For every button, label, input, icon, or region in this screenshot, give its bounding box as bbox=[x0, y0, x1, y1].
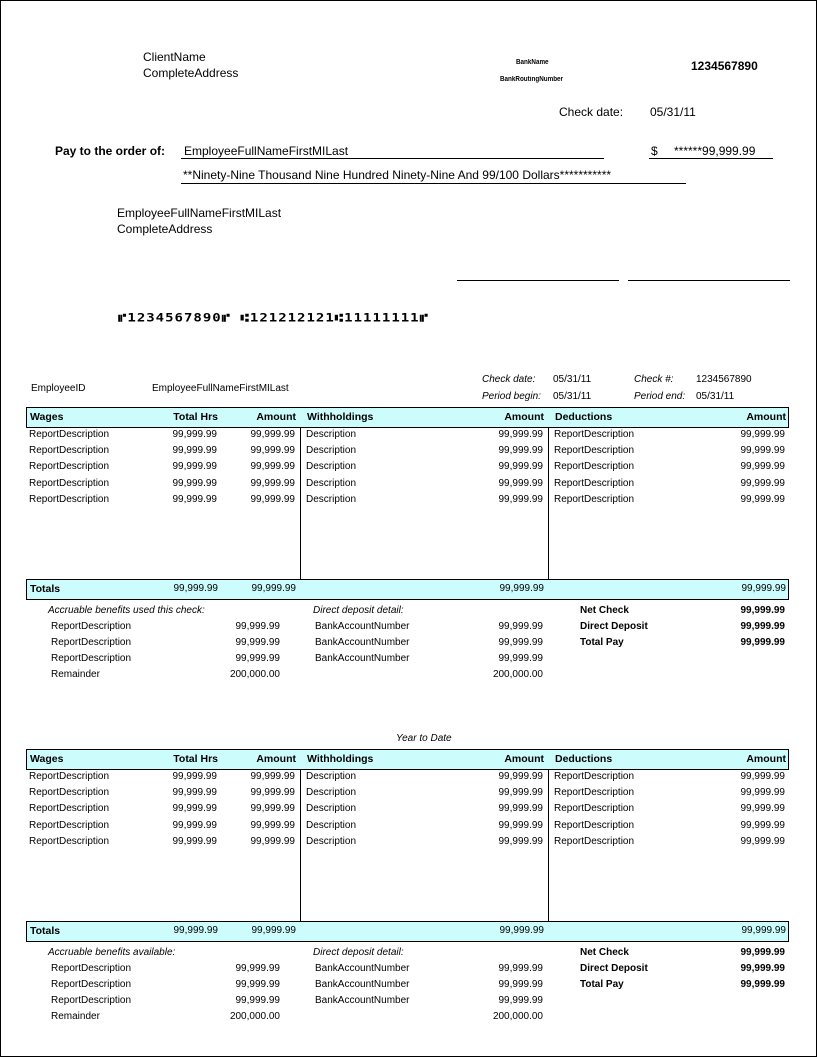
totals-row: Totals99,999.9999,999.9999,999.9999,999.… bbox=[26, 921, 789, 942]
withholding-amount: 99,999.99 bbox=[446, 771, 543, 783]
column-divider bbox=[548, 770, 549, 921]
period-begin-label: Period begin: bbox=[482, 391, 541, 402]
withholding-description: Description bbox=[306, 787, 356, 799]
deduction-amount: 99,999.99 bbox=[686, 836, 785, 848]
ytd-earnings-table: WagesTotal HrsAmountWithholdingsAmountDe… bbox=[26, 749, 789, 1049]
withholding-description: Description bbox=[306, 803, 356, 815]
summary-label: Direct Deposit bbox=[580, 621, 648, 633]
withholding-amount: 99,999.99 bbox=[446, 478, 543, 490]
benefit-description: ReportDescription bbox=[51, 653, 131, 665]
wage-amount: 99,999.99 bbox=[226, 445, 295, 457]
wage-hours: 99,999.99 bbox=[154, 445, 217, 457]
stub-check-date: 05/31/11 bbox=[553, 374, 591, 385]
deduction-description: ReportDescription bbox=[554, 820, 634, 832]
totals-hours: 99,999.99 bbox=[155, 925, 218, 937]
wage-hours: 99,999.99 bbox=[154, 787, 217, 799]
summary-label: Direct Deposit bbox=[580, 963, 648, 975]
total-hrs-header: Total Hrs bbox=[155, 408, 218, 427]
totals-wages: 99,999.99 bbox=[227, 925, 296, 937]
deduction-description: ReportDescription bbox=[554, 836, 634, 848]
pay-to-label: Pay to the order of: bbox=[55, 144, 165, 158]
wage-amount: 99,999.99 bbox=[226, 461, 295, 473]
wage-amount: 99,999.99 bbox=[226, 478, 295, 490]
wage-description: ReportDescription bbox=[29, 445, 109, 457]
withholding-description: Description bbox=[306, 461, 356, 473]
employee-id: EmployeeID bbox=[31, 383, 85, 394]
benefit-amount: 200,000.00 bbox=[196, 1011, 280, 1023]
withholding-description: Description bbox=[306, 429, 356, 441]
deposit-account: BankAccountNumber bbox=[315, 621, 410, 633]
wage-hours: 99,999.99 bbox=[154, 429, 217, 441]
wage-description: ReportDescription bbox=[29, 803, 109, 815]
totals-withholdings: 99,999.99 bbox=[447, 583, 544, 595]
employee-address: CompleteAddress bbox=[117, 222, 212, 236]
withholding-amount: 99,999.99 bbox=[446, 803, 543, 815]
wage-amount: 99,999.99 bbox=[226, 494, 295, 506]
deductions-amount-header: Amount bbox=[687, 750, 786, 769]
benefit-description: ReportDescription bbox=[51, 995, 131, 1007]
signature-line-1 bbox=[457, 280, 619, 281]
table-header: WagesTotal HrsAmountWithholdingsAmountDe… bbox=[26, 749, 789, 770]
wage-hours: 99,999.99 bbox=[154, 836, 217, 848]
bank-routing-number: BankRoutingNumber bbox=[500, 76, 563, 83]
withholding-description: Description bbox=[306, 478, 356, 490]
wage-hours: 99,999.99 bbox=[154, 461, 217, 473]
benefits-label: Accruable benefits used this check: bbox=[48, 605, 205, 617]
withholding-amount: 99,999.99 bbox=[446, 494, 543, 506]
amount-line bbox=[649, 158, 773, 159]
summary-amount: 99,999.99 bbox=[686, 963, 785, 975]
deposit-amount: 200,000.00 bbox=[456, 1011, 543, 1023]
summary-amount: 99,999.99 bbox=[686, 947, 785, 959]
period-end-label: Period end: bbox=[634, 391, 685, 402]
currency-symbol: $ bbox=[651, 144, 658, 158]
employee-name: EmployeeFullNameFirstMILast bbox=[117, 206, 281, 220]
deposit-account: BankAccountNumber bbox=[315, 979, 410, 991]
deduction-amount: 99,999.99 bbox=[686, 461, 785, 473]
deduction-description: ReportDescription bbox=[554, 478, 634, 490]
wage-hours: 99,999.99 bbox=[154, 494, 217, 506]
summary-label: Total Pay bbox=[580, 979, 624, 991]
withholding-amount: 99,999.99 bbox=[446, 836, 543, 848]
deduction-amount: 99,999.99 bbox=[686, 771, 785, 783]
wage-hours: 99,999.99 bbox=[154, 803, 217, 815]
client-address: CompleteAddress bbox=[143, 66, 238, 80]
withholding-description: Description bbox=[306, 494, 356, 506]
payee-name: EmployeeFullNameFirstMILast bbox=[184, 144, 348, 158]
deposit-amount: 99,999.99 bbox=[456, 995, 543, 1007]
deposit-amount: 99,999.99 bbox=[456, 637, 543, 649]
signature-line-2 bbox=[628, 280, 790, 281]
table-header: WagesTotal HrsAmountWithholdingsAmountDe… bbox=[26, 407, 789, 428]
column-divider bbox=[300, 770, 301, 921]
wages-header: Wages bbox=[30, 408, 63, 427]
deduction-amount: 99,999.99 bbox=[686, 429, 785, 441]
benefit-description: ReportDescription bbox=[51, 621, 131, 633]
totals-deductions: 99,999.99 bbox=[687, 925, 786, 937]
direct-deposit-label: Direct deposit detail: bbox=[313, 947, 404, 959]
totals-withholdings: 99,999.99 bbox=[447, 925, 544, 937]
withholding-amount: 99,999.99 bbox=[446, 787, 543, 799]
summary-label: Net Check bbox=[580, 947, 629, 959]
check-number: 1234567890 bbox=[691, 59, 758, 73]
benefit-amount: 99,999.99 bbox=[196, 653, 280, 665]
deduction-description: ReportDescription bbox=[554, 429, 634, 441]
column-divider bbox=[300, 428, 301, 579]
wage-description: ReportDescription bbox=[29, 478, 109, 490]
benefit-description: Remainder bbox=[51, 669, 100, 681]
benefit-description: ReportDescription bbox=[51, 963, 131, 975]
wage-description: ReportDescription bbox=[29, 461, 109, 473]
deduction-description: ReportDescription bbox=[554, 803, 634, 815]
wage-amount: 99,999.99 bbox=[226, 803, 295, 815]
withholding-amount: 99,999.99 bbox=[446, 445, 543, 457]
deduction-amount: 99,999.99 bbox=[686, 787, 785, 799]
deductions-header: Deductions bbox=[555, 408, 612, 427]
deposit-amount: 99,999.99 bbox=[456, 621, 543, 633]
deduction-amount: 99,999.99 bbox=[686, 803, 785, 815]
totals-label: Totals bbox=[30, 922, 60, 941]
amount-header: Amount bbox=[227, 750, 296, 769]
wage-description: ReportDescription bbox=[29, 836, 109, 848]
deduction-description: ReportDescription bbox=[554, 445, 634, 457]
stub-employee-name: EmployeeFullNameFirstMILast bbox=[152, 383, 289, 394]
stub-check-no-label: Check #: bbox=[634, 374, 673, 385]
deposit-amount: 99,999.99 bbox=[456, 653, 543, 665]
deduction-description: ReportDescription bbox=[554, 787, 634, 799]
deduction-description: ReportDescription bbox=[554, 494, 634, 506]
wage-hours: 99,999.99 bbox=[154, 478, 217, 490]
check-date-label: Check date: bbox=[559, 105, 623, 119]
period-begin: 05/31/11 bbox=[553, 391, 591, 402]
withholdings-header: Withholdings bbox=[307, 750, 373, 769]
current-earnings-table: WagesTotal HrsAmountWithholdingsAmountDe… bbox=[26, 407, 789, 747]
deductions-header: Deductions bbox=[555, 750, 612, 769]
deduction-amount: 99,999.99 bbox=[686, 820, 785, 832]
totals-wages: 99,999.99 bbox=[227, 583, 296, 595]
wage-description: ReportDescription bbox=[29, 429, 109, 441]
benefit-description: ReportDescription bbox=[51, 637, 131, 649]
totals-hours: 99,999.99 bbox=[155, 583, 218, 595]
total-hrs-header: Total Hrs bbox=[155, 750, 218, 769]
deduction-description: ReportDescription bbox=[554, 461, 634, 473]
wage-hours: 99,999.99 bbox=[154, 771, 217, 783]
withholding-amount: 99,999.99 bbox=[446, 820, 543, 832]
deduction-amount: 99,999.99 bbox=[686, 478, 785, 490]
withholdings-amount-header: Amount bbox=[447, 750, 544, 769]
wage-description: ReportDescription bbox=[29, 771, 109, 783]
wage-amount: 99,999.99 bbox=[226, 836, 295, 848]
deduction-description: ReportDescription bbox=[554, 771, 634, 783]
amount-header: Amount bbox=[227, 408, 296, 427]
benefit-amount: 99,999.99 bbox=[196, 621, 280, 633]
benefit-amount: 99,999.99 bbox=[196, 979, 280, 991]
summary-amount: 99,999.99 bbox=[686, 637, 785, 649]
withholding-description: Description bbox=[306, 771, 356, 783]
withholdings-amount-header: Amount bbox=[447, 408, 544, 427]
column-divider bbox=[548, 428, 549, 579]
wage-amount: 99,999.99 bbox=[226, 820, 295, 832]
benefit-amount: 200,000.00 bbox=[196, 669, 280, 681]
direct-deposit-label: Direct deposit detail: bbox=[313, 605, 404, 617]
withholding-description: Description bbox=[306, 836, 356, 848]
payee-line bbox=[181, 158, 604, 159]
wage-description: ReportDescription bbox=[29, 494, 109, 506]
withholding-description: Description bbox=[306, 820, 356, 832]
deposit-amount: 99,999.99 bbox=[456, 963, 543, 975]
ytd-title: Year to Date bbox=[396, 733, 452, 744]
check-amount: ******99,999.99 bbox=[674, 144, 755, 158]
summary-amount: 99,999.99 bbox=[686, 979, 785, 991]
summary-label: Total Pay bbox=[580, 637, 624, 649]
stub-check-date-label: Check date: bbox=[482, 374, 535, 385]
wage-description: ReportDescription bbox=[29, 787, 109, 799]
deposit-amount: 99,999.99 bbox=[456, 979, 543, 991]
deposit-account: BankAccountNumber bbox=[315, 963, 410, 975]
benefits-label: Accruable benefits available: bbox=[48, 947, 175, 959]
period-end: 05/31/11 bbox=[696, 391, 734, 402]
amount-in-words: **Ninety-Nine Thousand Nine Hundred Nine… bbox=[183, 168, 611, 182]
totals-deductions: 99,999.99 bbox=[687, 583, 786, 595]
benefit-amount: 99,999.99 bbox=[196, 637, 280, 649]
benefit-description: ReportDescription bbox=[51, 979, 131, 991]
deposit-amount: 200,000.00 bbox=[456, 669, 543, 681]
client-name: ClientName bbox=[143, 50, 206, 64]
wage-amount: 99,999.99 bbox=[226, 771, 295, 783]
stub-check-no: 1234567890 bbox=[696, 374, 752, 385]
benefit-description: Remainder bbox=[51, 1011, 100, 1023]
deposit-account: BankAccountNumber bbox=[315, 995, 410, 1007]
totals-row: Totals99,999.9999,999.9999,999.9999,999.… bbox=[26, 579, 789, 600]
deduction-amount: 99,999.99 bbox=[686, 445, 785, 457]
micr-line: ⑈1234567890⑈ ⑆121212121⑆11111111⑈ bbox=[118, 312, 429, 325]
totals-label: Totals bbox=[30, 580, 60, 599]
bank-name: BankName bbox=[516, 59, 549, 66]
summary-amount: 99,999.99 bbox=[686, 605, 785, 617]
benefit-amount: 99,999.99 bbox=[196, 963, 280, 975]
deposit-account: BankAccountNumber bbox=[315, 653, 410, 665]
withholdings-header: Withholdings bbox=[307, 408, 373, 427]
wage-description: ReportDescription bbox=[29, 820, 109, 832]
deductions-amount-header: Amount bbox=[687, 408, 786, 427]
withholding-description: Description bbox=[306, 445, 356, 457]
amount-words-line bbox=[181, 183, 686, 184]
check-date: 05/31/11 bbox=[650, 105, 696, 119]
wage-amount: 99,999.99 bbox=[226, 787, 295, 799]
deduction-amount: 99,999.99 bbox=[686, 494, 785, 506]
wage-amount: 99,999.99 bbox=[226, 429, 295, 441]
summary-amount: 99,999.99 bbox=[686, 621, 785, 633]
summary-label: Net Check bbox=[580, 605, 629, 617]
wages-header: Wages bbox=[30, 750, 63, 769]
wage-hours: 99,999.99 bbox=[154, 820, 217, 832]
withholding-amount: 99,999.99 bbox=[446, 429, 543, 441]
deposit-account: BankAccountNumber bbox=[315, 637, 410, 649]
benefit-amount: 99,999.99 bbox=[196, 995, 280, 1007]
withholding-amount: 99,999.99 bbox=[446, 461, 543, 473]
